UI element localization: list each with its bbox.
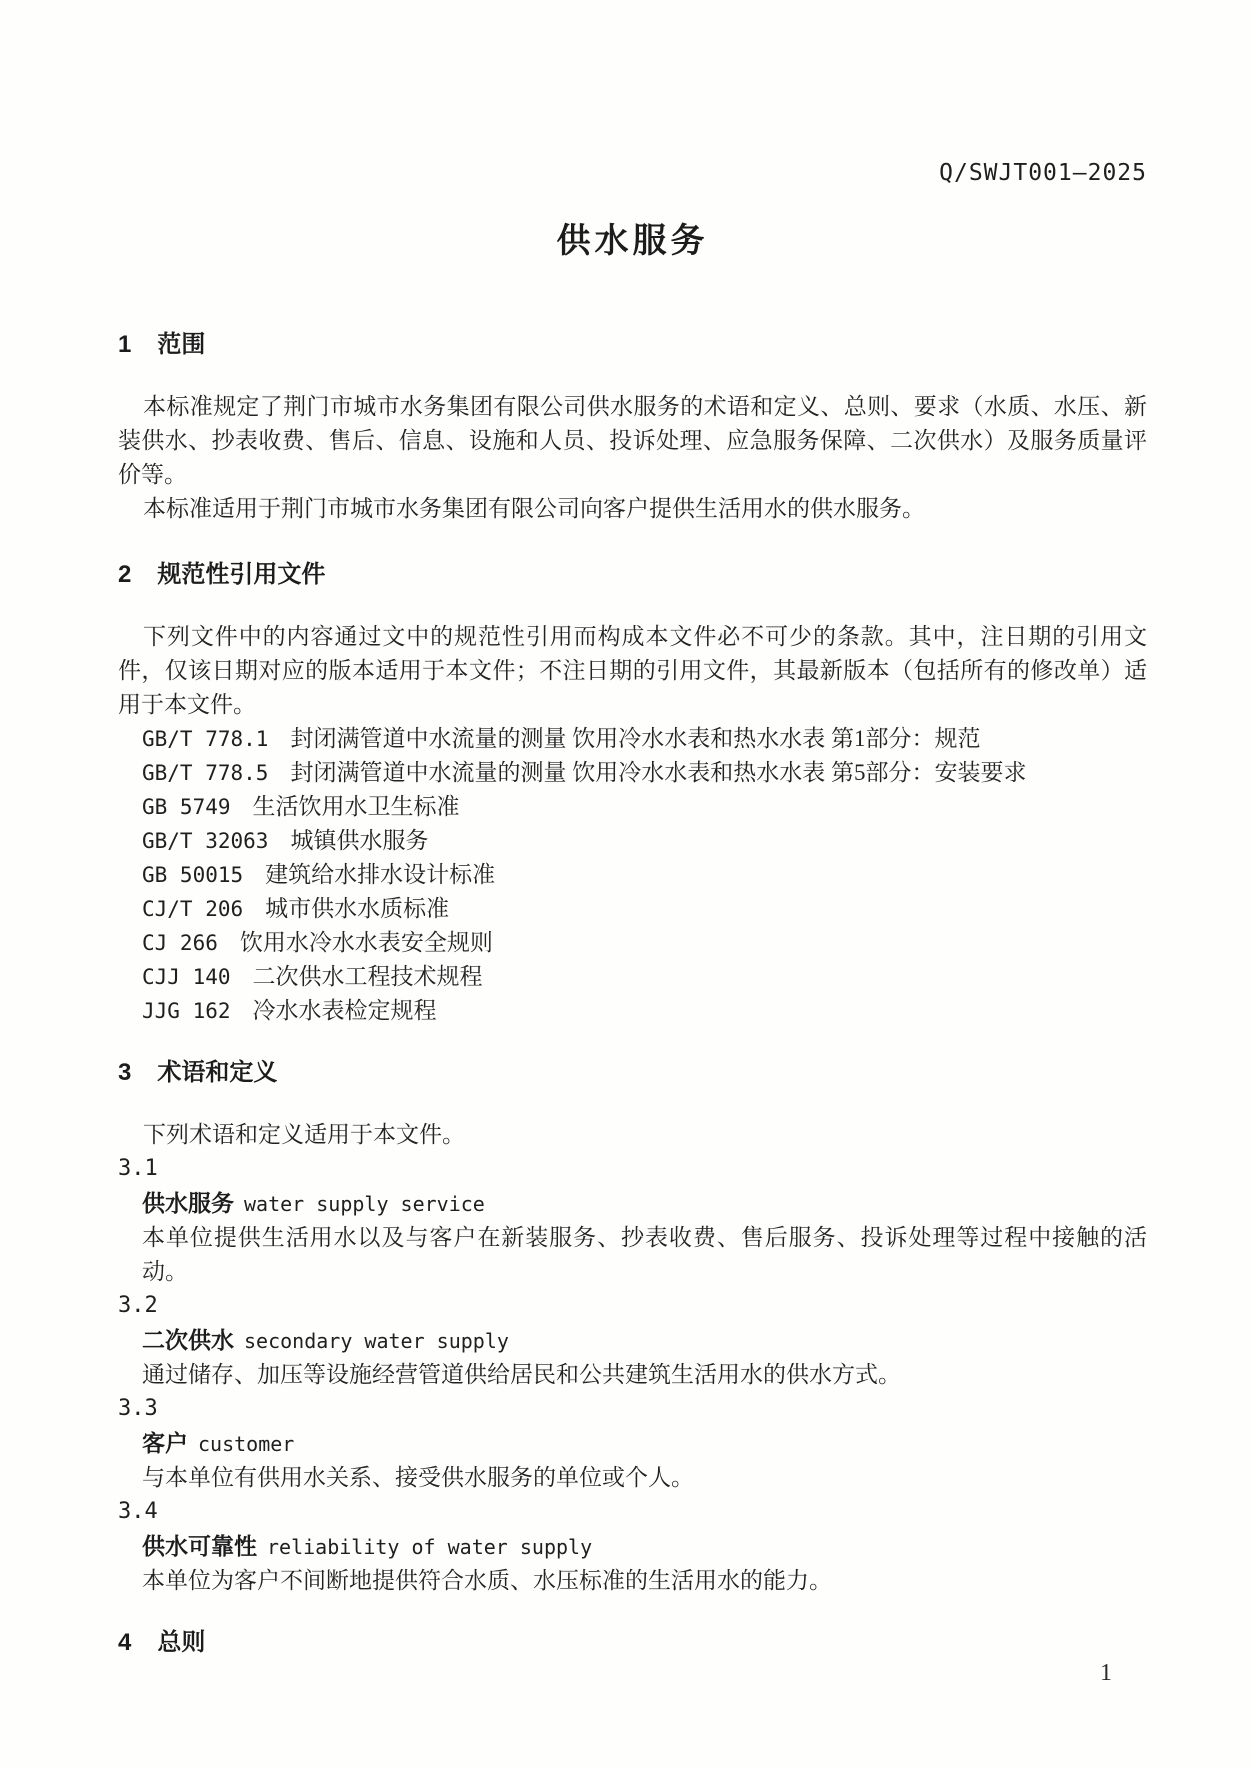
reference-item: GB 5749生活饮用水卫生标准: [142, 790, 1147, 824]
term-number: 3.2: [118, 1289, 1147, 1323]
reference-title: 生活饮用水卫生标准: [253, 794, 460, 819]
reference-item: GB/T 778.5封闭满管道中水流量的测量 饮用冷水水表和热水水表 第5部分：…: [142, 756, 1147, 790]
document-page: Q/SWJT001—2025 供水服务 1范围 本标准规定了荆门市城市水务集团有…: [0, 0, 1253, 1769]
page-title: 供水服务: [118, 224, 1147, 258]
reference-title: 二次供水工程技术规程: [253, 964, 483, 989]
section-1-number: 1: [118, 330, 131, 360]
section-2-title: 规范性引用文件: [157, 561, 325, 588]
page-number: 1: [1100, 1656, 1112, 1690]
reference-item: CJ 266饮用水冷水水表安全规则: [142, 926, 1147, 960]
section-1-title: 范围: [157, 331, 205, 358]
reference-item: JJG 162冷水水表检定规程: [142, 994, 1147, 1028]
section-2-paragraph-1: 下列文件中的内容通过文中的规范性引用而构成本文件必不可少的条款。其中，注日期的引…: [118, 620, 1147, 722]
reference-title: 饮用水冷水水表安全规则: [240, 930, 493, 955]
reference-code: CJJ 140: [142, 965, 231, 989]
term-name-en: water supply service: [244, 1192, 485, 1216]
term-definition: 本单位为客户不间断地提供符合水质、水压标准的生活用水的能力。: [118, 1564, 1147, 1598]
term-line: 供水服务water supply service: [118, 1186, 1147, 1221]
reference-code: GB/T 778.1: [142, 727, 268, 751]
term-definition: 通过储存、加压等设施经营管道供给居民和公共建筑生活用水的供水方式。: [118, 1358, 1147, 1392]
reference-code: JJG 162: [142, 999, 231, 1023]
term-name-zh: 供水可靠性: [142, 1533, 257, 1559]
reference-code: GB/T 32063: [142, 829, 268, 853]
term-name-en: customer: [198, 1432, 294, 1456]
term-name-zh: 客户: [142, 1430, 188, 1456]
section-1-paragraph-2: 本标准适用于荆门市城市水务集团有限公司向客户提供生活用水的供水服务。: [118, 492, 1147, 526]
section-3-number: 3: [118, 1058, 131, 1088]
term-name-zh: 二次供水: [142, 1327, 234, 1353]
reference-item: GB/T 778.1封闭满管道中水流量的测量 饮用冷水水表和热水水表 第1部分：…: [142, 722, 1147, 756]
reference-item: CJ/T 206城市供水水质标准: [142, 892, 1147, 926]
reference-code: CJ/T 206: [142, 897, 243, 921]
reference-title: 城镇供水服务: [290, 828, 428, 853]
section-3-heading: 3术语和定义: [118, 1058, 1147, 1088]
term-line: 二次供水secondary water supply: [118, 1323, 1147, 1358]
section-4-number: 4: [118, 1628, 131, 1658]
term-line: 客户customer: [118, 1426, 1147, 1461]
reference-item: GB 50015建筑给水排水设计标准: [142, 858, 1147, 892]
reference-item: GB/T 32063城镇供水服务: [142, 824, 1147, 858]
reference-item: CJJ 140二次供水工程技术规程: [142, 960, 1147, 994]
section-4-heading: 4总则: [118, 1628, 1147, 1658]
document-content: Q/SWJT001—2025 供水服务 1范围 本标准规定了荆门市城市水务集团有…: [0, 156, 1253, 1658]
reference-code: GB 50015: [142, 863, 243, 887]
term-number: 3.1: [118, 1152, 1147, 1186]
term-name-en: secondary water supply: [244, 1329, 509, 1353]
term-name-en: reliability of water supply: [267, 1535, 592, 1559]
reference-code: GB/T 778.5: [142, 761, 268, 785]
term-block: 3.2 二次供水secondary water supply 通过储存、加压等设…: [118, 1289, 1147, 1392]
section-1-heading: 1范围: [118, 330, 1147, 360]
reference-title: 冷水水表检定规程: [253, 998, 437, 1023]
section-2-heading: 2规范性引用文件: [118, 560, 1147, 590]
reference-code: CJ 266: [142, 931, 218, 955]
reference-list: GB/T 778.1封闭满管道中水流量的测量 饮用冷水水表和热水水表 第1部分：…: [118, 722, 1147, 1028]
reference-title: 城市供水水质标准: [265, 896, 449, 921]
term-block: 3.4 供水可靠性reliability of water supply 本单位…: [118, 1495, 1147, 1598]
section-2-number: 2: [118, 560, 131, 590]
term-line: 供水可靠性reliability of water supply: [118, 1529, 1147, 1564]
section-1-paragraph-1: 本标准规定了荆门市城市水务集团有限公司供水服务的术语和定义、总则、要求（水质、水…: [118, 390, 1147, 492]
term-number: 3.3: [118, 1392, 1147, 1426]
term-block: 3.1 供水服务water supply service 本单位提供生活用水以及…: [118, 1152, 1147, 1289]
reference-title: 建筑给水排水设计标准: [265, 862, 495, 887]
section-3-paragraph-1: 下列术语和定义适用于本文件。: [118, 1118, 1147, 1152]
term-definition: 本单位提供生活用水以及与客户在新装服务、抄表收费、售后服务、投诉处理等过程中接触…: [118, 1221, 1147, 1289]
reference-title: 封闭满管道中水流量的测量 饮用冷水水表和热水水表 第5部分：安装要求: [290, 760, 1026, 785]
term-definition: 与本单位有供用水关系、接受供水服务的单位或个人。: [118, 1461, 1147, 1495]
section-3-title: 术语和定义: [157, 1059, 277, 1086]
term-name-zh: 供水服务: [142, 1190, 234, 1216]
term-number: 3.4: [118, 1495, 1147, 1529]
doc-code: Q/SWJT001—2025: [118, 156, 1147, 190]
reference-code: GB 5749: [142, 795, 231, 819]
section-4-title: 总则: [157, 1629, 205, 1656]
reference-title: 封闭满管道中水流量的测量 饮用冷水水表和热水水表 第1部分：规范: [290, 726, 980, 751]
term-block: 3.3 客户customer 与本单位有供用水关系、接受供水服务的单位或个人。: [118, 1392, 1147, 1495]
